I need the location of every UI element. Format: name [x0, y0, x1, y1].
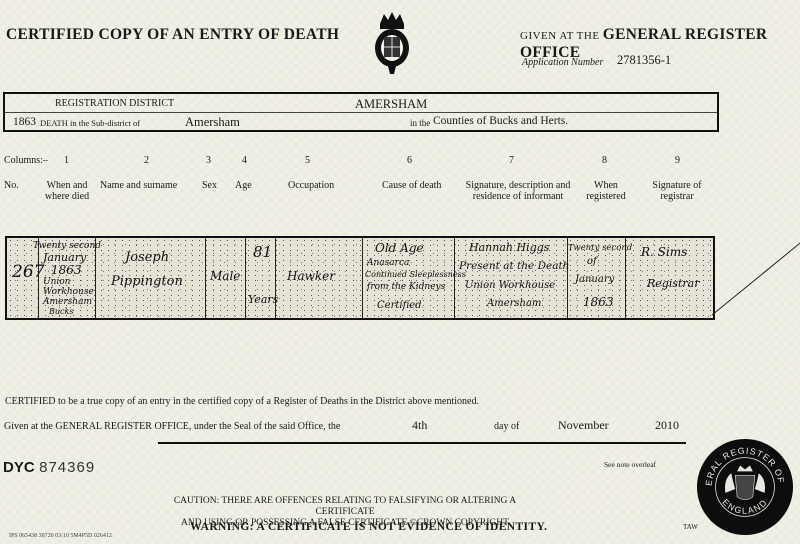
entry-number: 267: [12, 266, 44, 278]
district-name: AMERSHAM: [355, 97, 427, 112]
issue-month: November: [558, 418, 609, 433]
entry-informant-1: Hannah Higgs: [469, 242, 549, 254]
column-number-9: 9: [675, 155, 680, 166]
column-number-1: 1: [64, 155, 69, 166]
header-when-where: When and where died: [42, 180, 92, 202]
print-code: IPS 065438 30720 03/10 5M4P5D 026412: [9, 533, 112, 539]
entry-cause-4: from the Kidneys: [367, 281, 445, 293]
entry-registered-4: 1863: [583, 296, 614, 308]
header-registrar: Signature of registrar: [646, 180, 708, 202]
header-informant: Signature, description and residence of …: [462, 180, 574, 202]
given-statement: Given at the GENERAL REGISTER OFFICE, un…: [4, 421, 340, 432]
entry-registered-2: of: [587, 256, 597, 268]
entry-cause-3: Continued Sleeplessness: [365, 269, 466, 281]
entry-occupation: Hawker: [287, 270, 335, 282]
serial-number: 874369: [39, 459, 95, 476]
application-number-label: Application Number: [522, 57, 603, 68]
application-number: 2781356-1: [617, 53, 671, 68]
entry-cause-5: Certified: [377, 300, 422, 312]
column-number-3: 3: [206, 155, 211, 166]
royal-crest-icon: [372, 10, 412, 76]
column-number-8: 8: [602, 155, 607, 166]
entry-forename: Joseph: [125, 252, 169, 264]
entry-sex: Male: [210, 270, 240, 282]
column-number-6: 6: [407, 155, 412, 166]
certificate-title: CERTIFIED COPY OF AN ENTRY OF DEATH: [6, 26, 339, 44]
column-number-7: 7: [509, 155, 514, 166]
general-register-office-seal-icon: GENERAL REGISTER OFFICE ENGLAND: [696, 438, 794, 536]
entry-informant-2: Present at the Death: [459, 260, 569, 272]
column-number-2: 2: [144, 155, 149, 166]
certificate-serial: DYC 874369: [3, 459, 95, 477]
death-year: 1863: [13, 116, 36, 128]
entry-when-7: Bucks: [49, 306, 73, 318]
day-of-label: day of: [494, 421, 519, 432]
entry-age-unit: Years: [248, 294, 278, 306]
column-number-4: 4: [242, 155, 247, 166]
see-note-overleaf: See note overleaf: [604, 460, 656, 469]
header-sex: Sex: [202, 180, 217, 191]
header-no: No.: [4, 180, 19, 191]
district-label: REGISTRATION DISTRICT: [55, 98, 174, 109]
header-when-registered: When registered: [584, 180, 628, 202]
county-name: Counties of Bucks and Herts.: [433, 115, 568, 127]
sub-district-name: Amersham: [185, 115, 240, 130]
column-number-5: 5: [305, 155, 310, 166]
entry-registrar-name: R. Sims: [641, 246, 687, 258]
entry-informant-3: Union Workhouse: [465, 280, 555, 292]
issue-year: 2010: [655, 418, 679, 433]
header-cause: Cause of death: [382, 180, 441, 191]
entry-informant-4: Amersham: [487, 298, 541, 310]
registration-district-box: REGISTRATION DISTRICT AMERSHAM 1863 DEAT…: [3, 92, 719, 132]
entry-registrar-title: Registrar: [647, 278, 700, 290]
cancellation-line: [712, 233, 800, 318]
caution-line-1: CAUTION: THERE ARE OFFENCES RELATING TO …: [150, 496, 540, 518]
sub-district-label: DEATH in the Sub-district of: [40, 118, 140, 128]
issue-day: 4th: [412, 418, 427, 433]
given-at-prefix: GIVEN AT THE: [520, 30, 600, 42]
entry-age: 81: [253, 246, 272, 258]
register-entry-row: 267 Twenty second January 1863 Union Wor…: [5, 236, 715, 320]
entry-cause-2: Anasarca: [367, 257, 409, 269]
entry-registered-1: Twenty second: [568, 242, 632, 254]
serial-prefix: DYC: [3, 459, 35, 476]
entry-registered-3: January: [575, 274, 614, 286]
entry-when-3: 1863: [51, 264, 82, 276]
entry-surname: Pippington: [111, 276, 183, 288]
header-occupation: Occupation: [288, 180, 334, 191]
header-name: Name and surname: [100, 180, 177, 191]
certification-statement: CERTIFIED to be a true copy of an entry …: [5, 396, 479, 407]
columns-label: Columns:–: [4, 155, 48, 166]
signature-rule: [158, 442, 686, 444]
entry-cause-1: Old Age: [375, 242, 424, 254]
identity-warning: WARNING: A CERTIFICATE IS NOT EVIDENCE O…: [190, 521, 547, 533]
header-age: Age: [235, 180, 252, 191]
in-the-label: in the: [410, 118, 430, 128]
